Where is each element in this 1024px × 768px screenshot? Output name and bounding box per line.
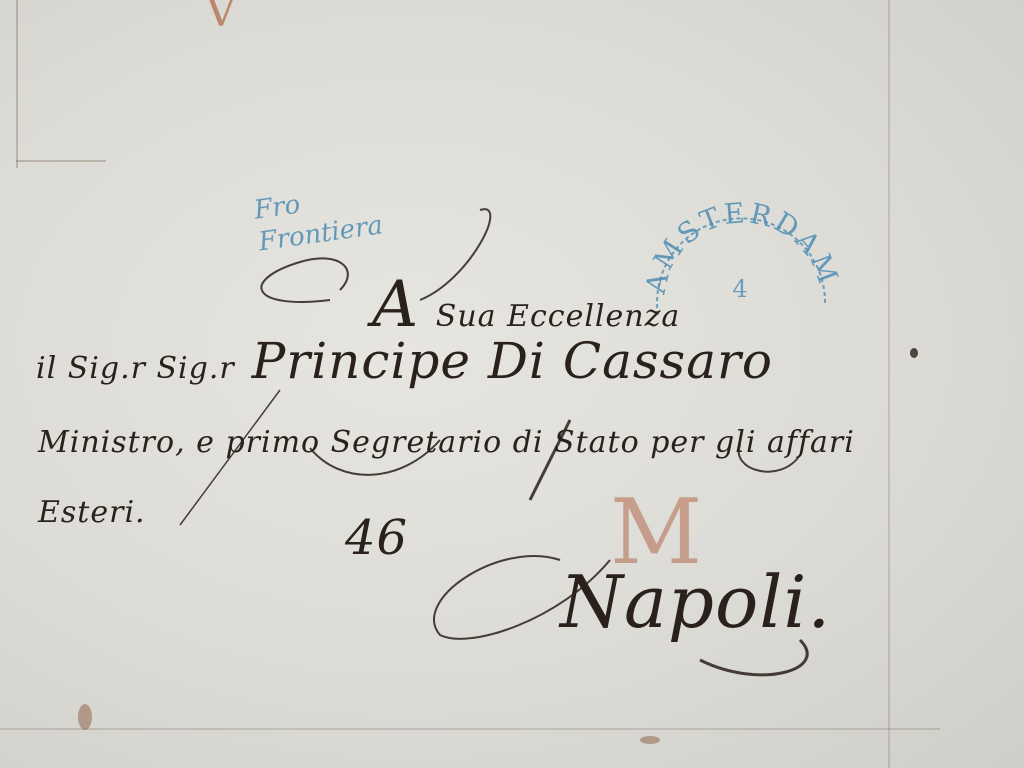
stain	[78, 704, 92, 730]
addressee-line-2: il Sig.r Sig.r Principe Di Cassaro	[36, 332, 773, 390]
addressee-line-4: Esteri.	[38, 495, 146, 530]
addressee-name: Principe Di Cassaro	[252, 332, 773, 390]
fold-line	[16, 0, 18, 168]
addressee-line-3: Ministro, e primo Segretario di Stato pe…	[38, 425, 855, 460]
rate-number: 46	[345, 510, 408, 566]
fold-line	[16, 160, 106, 162]
fold-line	[0, 728, 940, 730]
postmark-digit: 4	[732, 275, 747, 303]
addressee-title: il Sig.r Sig.r	[36, 351, 235, 386]
addressee-honorific: Sua Eccellenza	[436, 299, 681, 334]
addressee-line-1: A Sua Eccellenza	[372, 268, 680, 342]
fold-line	[888, 0, 890, 768]
stain	[640, 736, 660, 744]
destination-city: Napoli.	[560, 560, 831, 644]
letter-photo: V M Fro Frontiera AMSTERDAM 4	[0, 0, 1024, 768]
red-rate-mark-top: V	[205, 0, 237, 37]
franco-frontiera-stamp: Fro Frontiera	[252, 178, 385, 259]
addressee-prefix: A	[372, 268, 419, 342]
ink-spot	[910, 348, 918, 358]
